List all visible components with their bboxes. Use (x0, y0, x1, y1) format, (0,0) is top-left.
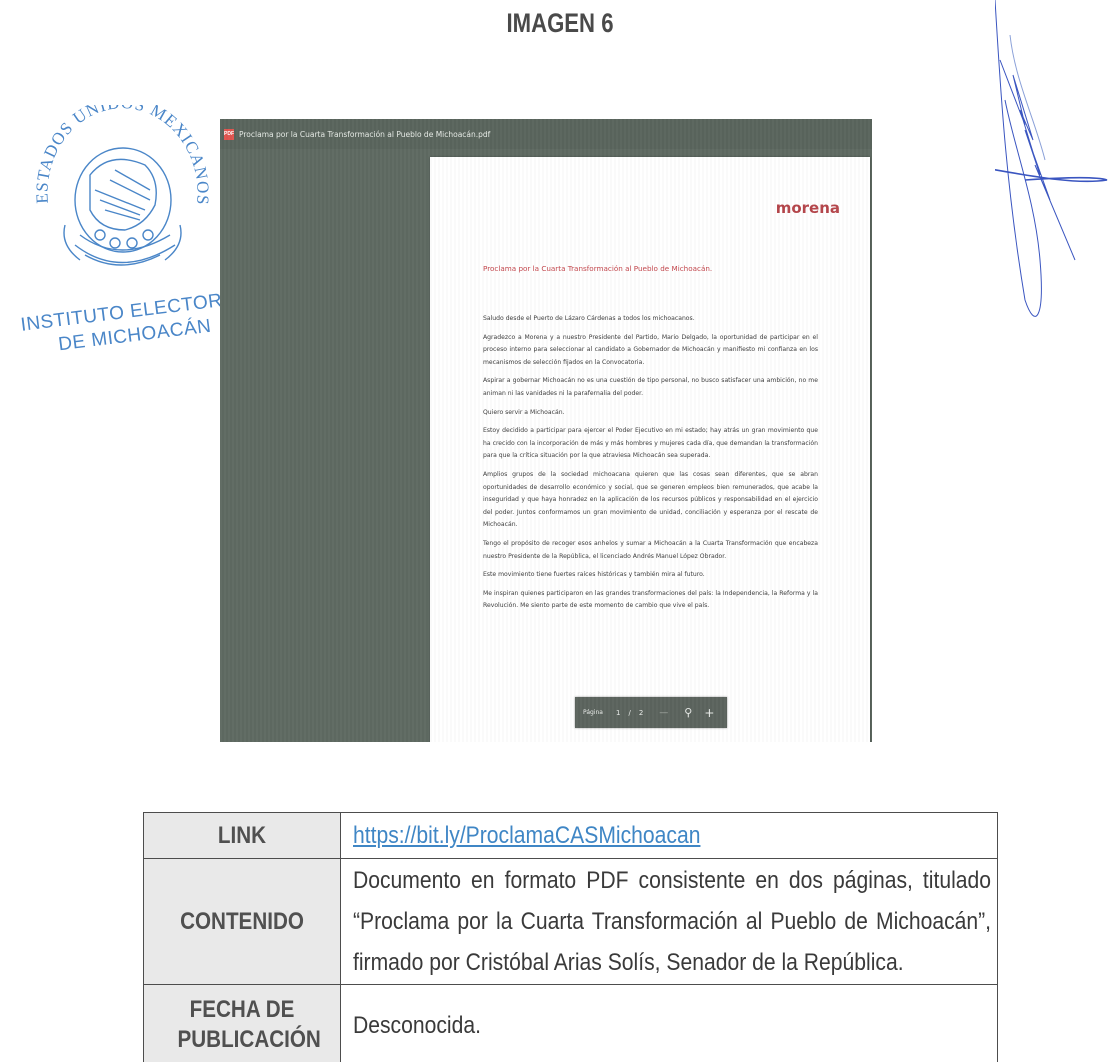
viewer-tab-title[interactable]: Proclama por la Cuarta Transformación al… (239, 130, 490, 139)
paragraph: Me inspiran quienes participaron en las … (483, 588, 818, 613)
svg-text:ESTADOS UNIDOS MEXICANOS: ESTADOS UNIDOS MEXICANOS (32, 105, 212, 206)
paragraph: Saludo desde el Puerto de Lázaro Cárdena… (483, 313, 818, 326)
paragraph: Tengo el propósito de recoger esos anhel… (483, 538, 818, 563)
zoom-in-button[interactable]: + (704, 706, 714, 720)
page-toolbar: Página 1 / 2 — ⚲ + (575, 697, 727, 728)
pdf-page: morena Proclama por la Cuarta Transforma… (430, 157, 870, 742)
row-value: https://bit.ly/ProclamaCASMichoacan (341, 813, 998, 859)
row-value: Documento en formato PDF consistente en … (341, 859, 998, 985)
paragraph: Quiero servir a Michoacán. (483, 407, 818, 420)
viewer-tab-bar: PDF Proclama por la Cuarta Transformació… (220, 119, 872, 149)
document-title: Proclama por la Cuarta Transformación al… (483, 264, 712, 273)
signature-icon (995, 0, 1120, 330)
pdf-file-icon: PDF (224, 129, 234, 140)
paragraph: Amplios grupos de la sociedad michoacana… (483, 469, 818, 532)
total-pages: 2 (639, 709, 643, 717)
paragraph: Este movimiento tiene fuertes raíces his… (483, 569, 818, 582)
current-page-input[interactable]: 1 (616, 709, 620, 717)
evidence-table: LINK https://bit.ly/ProclamaCASMichoacan… (143, 812, 998, 1062)
document-body: Saludo desde el Puerto de Lázaro Cárdena… (483, 313, 818, 619)
institutional-stamp: ESTADOS UNIDOS MEXICANOS INSTITUTO ELECT… (20, 105, 220, 375)
table-row: CONTENIDO Documento en formato PDF consi… (144, 859, 998, 985)
table-row: FECHA DE PUBLICACIÓN Desconocida. (144, 985, 998, 1062)
paragraph: Estoy decidido a participar para ejercer… (483, 425, 818, 463)
table-row: LINK https://bit.ly/ProclamaCASMichoacan (144, 813, 998, 859)
paragraph: Agradezco a Morena y a nuestro President… (483, 332, 818, 370)
page-separator: / (628, 709, 630, 717)
zoom-out-button[interactable]: — (659, 708, 668, 718)
row-label: FECHA DE PUBLICACIÓN (144, 985, 341, 1062)
page-label: Página (583, 709, 603, 716)
party-logo: morena (776, 199, 840, 217)
national-seal-icon: ESTADOS UNIDOS MEXICANOS (20, 105, 220, 305)
paragraph: Aspirar a gobernar Michoacán no es una c… (483, 375, 818, 400)
zoom-icon[interactable]: ⚲ (684, 706, 692, 719)
row-label: CONTENIDO (144, 859, 341, 985)
source-link[interactable]: https://bit.ly/ProclamaCASMichoacan (353, 822, 700, 849)
row-value: Desconocida. (341, 985, 998, 1062)
row-label: LINK (144, 813, 341, 859)
figure-heading: IMAGEN 6 (101, 8, 1019, 39)
pdf-viewer-screenshot: PDF Proclama por la Cuarta Transformació… (220, 119, 872, 742)
